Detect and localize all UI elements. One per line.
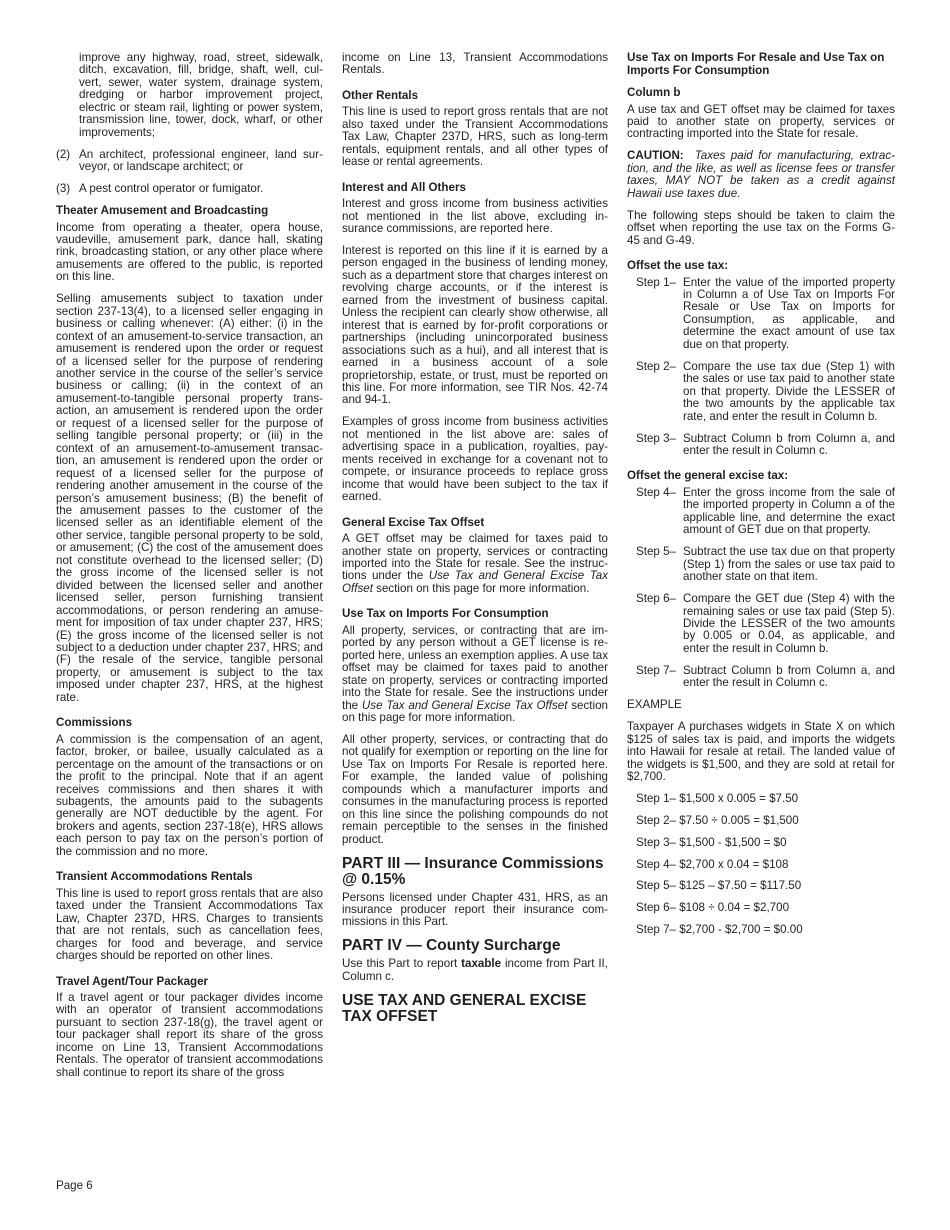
theater-paragraph-2: Selling amusements subject to taxation u… [56,293,323,704]
list-item: (3) A pest control operator or fumigator… [56,183,323,195]
step-item: Step 2– Compare the use tax due (Step 1)… [627,361,895,423]
step-item: Step 1– Enter the value of the imported … [627,277,895,352]
step-label: Step 3– [627,433,683,458]
example-step: Step 6– $108 ÷ 0.04 = $2,700 [636,902,895,914]
step-label: Step 2– [627,361,683,423]
example-step: Step 5– $125 – $7.50 = $117.50 [636,880,895,892]
step-item: Step 4– Enter the gross income from the … [627,487,895,537]
transient-heading: Transient Accommodations Rentals [56,871,323,884]
commissions-paragraph: A commission is the compensation of an a… [56,734,323,859]
step-text: Compare the GET due (Step 4) with the re… [683,593,895,655]
interest-paragraph-3: Examples of gross income from business a… [342,416,608,503]
use-tax-section-heading: USE TAX AND GENERAL EXCISE TAX OFFSET [342,993,608,1025]
example-step: Step 1– $1,500 x 0.005 = $7.50 [636,793,895,805]
step-text: Subtract Column b from Column a, and ent… [683,433,895,458]
column-2: income on Line 13, Transient Accommodati… [342,52,608,1029]
list-item-number: (2) [56,149,79,174]
page-number: Page 6 [56,1180,93,1192]
use-tax-consumption-heading: Use Tax on Imports For Consumption [342,608,608,621]
step-text: Subtract Column b from Column a, and ent… [683,665,895,690]
use-tax-consumption-paragraph-2: All other property, services, or contrac… [342,734,608,846]
continued-text: income on Line 13, Transient Accommodati… [342,52,608,77]
example-step: Step 4– $2,700 x 0.04 = $108 [636,859,895,871]
theater-heading: Theater Amusement and Broadcasting [56,205,323,218]
example-step: Step 3– $1,500 - $1,500 = $0 [636,837,895,849]
steps-intro-paragraph: The following steps should be taken to c… [627,210,895,247]
other-rentals-heading: Other Rentals [342,90,608,103]
travel-agent-heading: Travel Agent/Tour Packager [56,976,323,989]
column-3: Use Tax on Imports For Resale and Use Ta… [627,52,895,946]
get-offset-heading: General Excise Tax Offset [342,517,608,530]
part-4-heading: PART IV — County Surcharge [342,938,608,954]
part-3-paragraph: Persons licensed under Chapter 431, HRS,… [342,892,608,929]
commissions-heading: Commissions [56,717,323,730]
offset-use-tax-heading: Offset the use tax: [627,260,895,273]
step-label: Step 4– [627,487,683,537]
column-1: improve any highway, road, street, sidew… [56,52,323,1089]
step-item: Step 5– Subtract the use tax due on that… [627,546,895,583]
step-item: Step 7– Subtract Column b from Column a,… [627,665,895,690]
interest-heading: Interest and All Others [342,182,608,195]
list-item-text: A pest control operator or fumigator. [79,183,323,195]
other-rentals-paragraph: This line is used to report gross rental… [342,106,608,168]
column-b-paragraph: A use tax and GET offset may be claimed … [627,104,895,141]
step-text: Subtract the use tax due on that propert… [683,546,895,583]
list-item-number: (3) [56,183,79,195]
transient-paragraph: This line is used to report gross rental… [56,888,323,963]
part-3-heading: PART III — Insurance Commissions @ 0.15% [342,856,608,888]
intro-continued-text: improve any highway, road, street, sidew… [79,52,323,139]
use-tax-resale-heading: Use Tax on Imports For Resale and Use Ta… [627,52,895,77]
list-item: (2) An architect, professional engineer,… [56,149,323,174]
example-paragraph: Taxpayer A purchases widgets in State X … [627,721,895,783]
step-label: Step 6– [627,593,683,655]
step-text: Compare the use tax due (Step 1) with th… [683,361,895,423]
column-b-heading: Column b [627,87,895,100]
step-label: Step 1– [627,277,683,352]
example-step: Step 2– $7.50 ÷ 0.005 = $1,500 [636,815,895,827]
theater-paragraph-1: Income from operating a theater, opera h… [56,222,323,284]
step-text: Enter the value of the imported property… [683,277,895,352]
example-label: EXAMPLE [627,699,895,711]
step-text: Enter the gross income from the sale of … [683,487,895,537]
interest-paragraph-2: Interest is reported on this line if it … [342,245,608,407]
step-item: Step 6– Compare the GET due (Step 4) wit… [627,593,895,655]
cross-reference: Use Tax and General Excise Tax Offset [362,699,568,712]
travel-agent-paragraph: If a travel agent or tour packager divid… [56,992,323,1079]
step-item: Step 3– Subtract Column b from Column a,… [627,433,895,458]
step-label: Step 5– [627,546,683,583]
example-step: Step 7– $2,700 - $2,700 = $0.00 [636,924,895,936]
step-label: Step 7– [627,665,683,690]
emphasis-taxable: taxable [461,957,501,970]
part-4-paragraph: Use this Part to report taxable income f… [342,958,608,983]
interest-paragraph-1: Interest and gross income from business … [342,198,608,235]
caution-label: CAUTION: [627,149,684,162]
offset-get-heading: Offset the general excise tax: [627,470,895,483]
caution-paragraph: CAUTION: Taxes paid for manufacturing, e… [627,150,895,200]
get-offset-paragraph: A GET offset may be claimed for taxes pa… [342,533,608,595]
use-tax-consumption-paragraph-1: All property, services, or contracting t… [342,625,608,725]
list-item-text: An architect, professional engineer, lan… [79,149,323,174]
